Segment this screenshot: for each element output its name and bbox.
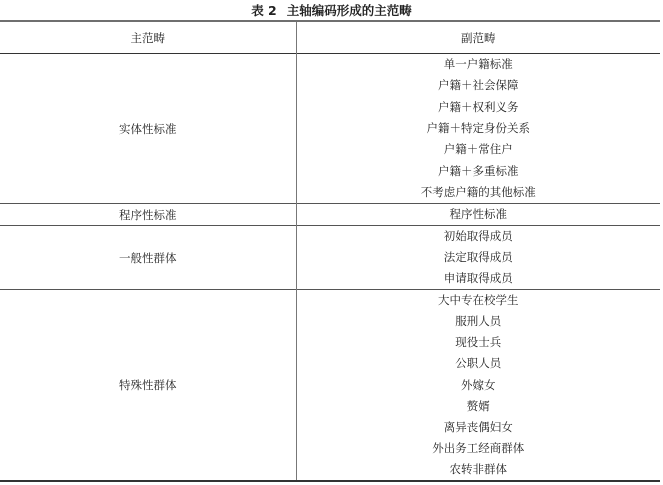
sub-category-cell: 不考虑户籍的其他标准	[296, 182, 660, 204]
group-procedural-standard: 程序性标准 程序性标准	[0, 204, 660, 226]
sub-category-cell: 申请取得成员	[296, 268, 660, 290]
sub-category-cell: 单一户籍标准	[296, 54, 660, 76]
main-category-cell: 一般性群体	[0, 226, 296, 290]
sub-category-cell: 大中专在校学生	[296, 290, 660, 312]
group-substantive-standard: 实体性标准 单一户籍标准 户籍＋社会保障 户籍＋权利义务 户籍＋特定身份关系 户…	[0, 54, 660, 204]
main-category-cell: 特殊性群体	[0, 290, 296, 481]
sub-category-cell: 程序性标准	[296, 204, 660, 226]
table-title: 主轴编码形成的主范畴	[287, 3, 412, 18]
sub-category-cell: 现役士兵	[296, 332, 660, 353]
table-caption: 表 2主轴编码形成的主范畴	[0, 1, 663, 19]
sub-category-cell: 户籍＋多重标准	[296, 160, 660, 181]
table-number: 表 2	[251, 3, 277, 18]
sub-category-cell: 户籍＋常住户	[296, 139, 660, 160]
sub-category-cell: 外出务工经商群体	[296, 438, 660, 459]
table-header: 主范畴 副范畴	[0, 21, 660, 54]
main-category-cell: 程序性标准	[0, 204, 296, 226]
sub-category-cell: 户籍＋特定身份关系	[296, 118, 660, 139]
sub-category-cell: 离异丧偶妇女	[296, 417, 660, 438]
header-sub-category: 副范畴	[296, 21, 660, 54]
sub-category-cell: 外嫁女	[296, 374, 660, 395]
header-main-category: 主范畴	[0, 21, 296, 54]
sub-category-cell: 初始取得成员	[296, 226, 660, 248]
header-row: 主范畴 副范畴	[0, 21, 660, 54]
group-general-population: 一般性群体 初始取得成员 法定取得成员 申请取得成员	[0, 226, 660, 290]
main-category-cell: 实体性标准	[0, 54, 296, 204]
sub-category-cell: 服刑人员	[296, 311, 660, 332]
table-row: 实体性标准 单一户籍标准	[0, 54, 660, 76]
group-special-population: 特殊性群体 大中专在校学生 服刑人员 现役士兵 公职人员 外嫁女 赘婿 离异丧偶…	[0, 290, 660, 481]
sub-category-cell: 法定取得成员	[296, 247, 660, 268]
sub-category-cell: 农转非群体	[296, 459, 660, 481]
sub-category-cell: 户籍＋社会保障	[296, 75, 660, 96]
table-row: 程序性标准 程序性标准	[0, 204, 660, 226]
sub-category-cell: 公职人员	[296, 353, 660, 374]
sub-category-cell: 户籍＋权利义务	[296, 97, 660, 118]
table-row: 一般性群体 初始取得成员	[0, 226, 660, 248]
main-categories-table: 主范畴 副范畴 实体性标准 单一户籍标准 户籍＋社会保障 户籍＋权利义务 户籍＋…	[0, 20, 660, 482]
table-row: 特殊性群体 大中专在校学生	[0, 290, 660, 312]
sub-category-cell: 赘婿	[296, 396, 660, 417]
